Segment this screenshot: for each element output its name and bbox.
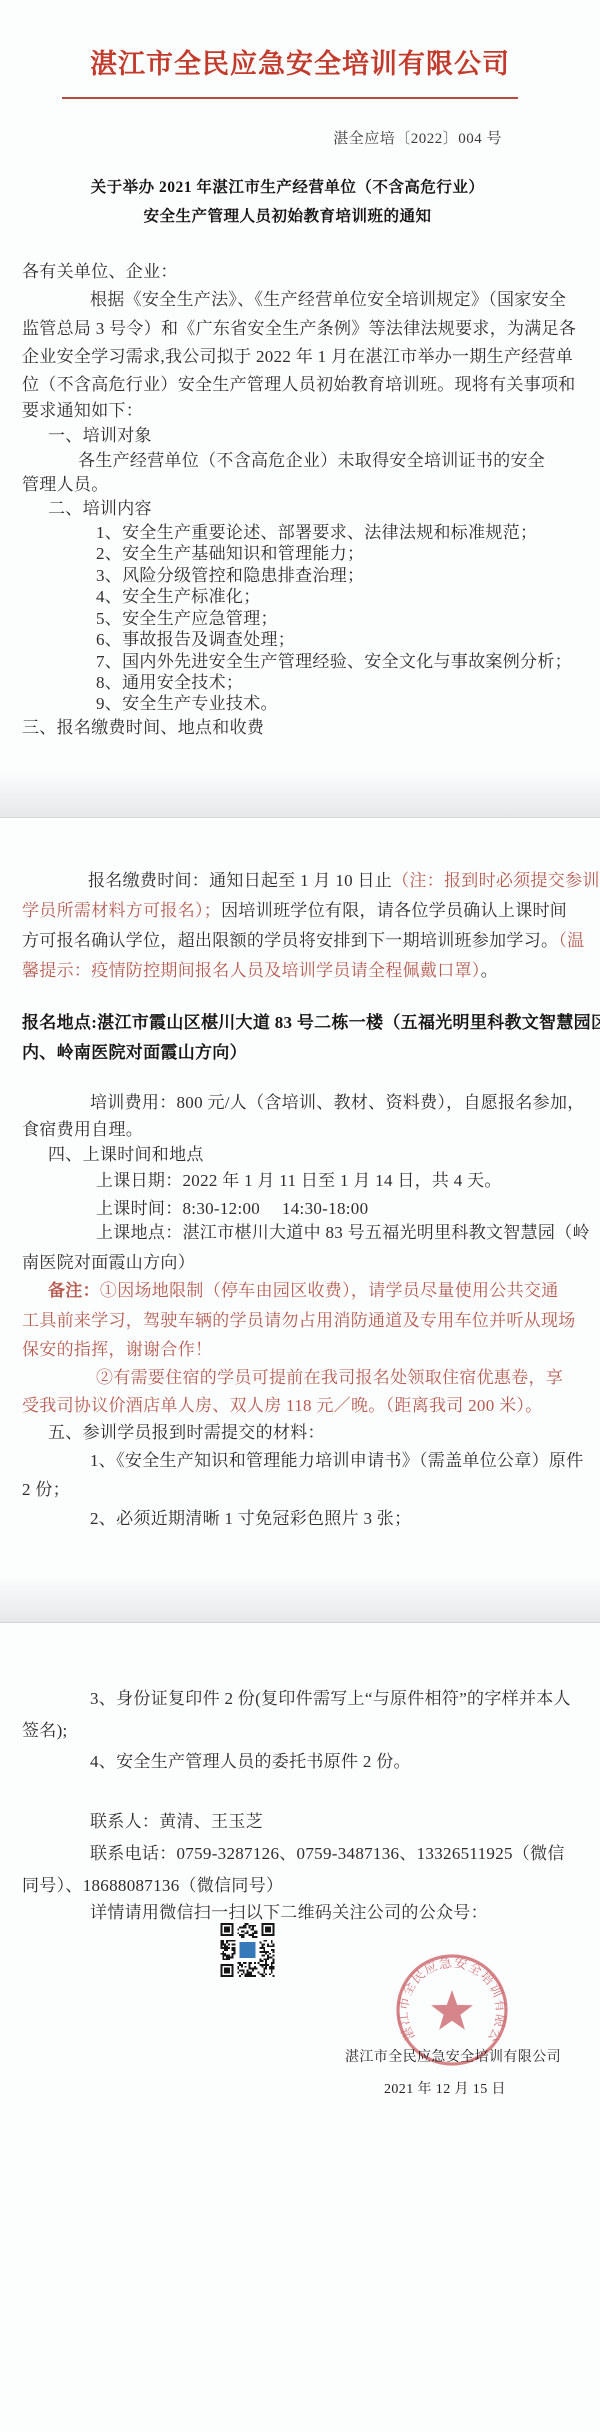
- doc-text-line: 2 份；: [22, 1481, 70, 1500]
- text-segment: 食宿费用自理。: [22, 1120, 143, 1139]
- doc-text-line: 各有关单位、企业：: [22, 263, 178, 282]
- text-segment: 根据《安全生产法》、《生产经营单位安全培训规定》（国家安全: [90, 290, 566, 309]
- doc-text-line: 4、安全生产管理人员的委托书原件 2 份。: [90, 1753, 411, 1772]
- text-segment: 内、岭南医院对面霞山方向）: [22, 1043, 247, 1062]
- text-segment: 要求通知如下：: [22, 401, 143, 420]
- doc-text-line: 馨提示：疫情防控期间报名人员及培训学员请全程佩戴口罩）。: [22, 962, 498, 981]
- text-segment: 报名缴费时间：通知日起至 1 月 10 日止: [88, 871, 392, 890]
- doc-text-line: 三、报名缴费时间、地点和收费: [22, 719, 264, 738]
- doc-text-line: 工具前来学习，驾驶车辆的学员请勿占用消防通道及专用车位并听从现场: [22, 1312, 576, 1331]
- scan-page-break-1: [0, 771, 600, 818]
- text-segment: 3、身份证复印件 2 份(复印件需写上“与原件相符”的字样并本人: [90, 1689, 571, 1708]
- text-segment: 湛江市全民应急安全培训有限公司: [345, 2050, 561, 2065]
- doc-text-line: 管理人员。: [22, 476, 109, 495]
- text-segment: 。: [481, 961, 498, 980]
- text-segment: 培训费用：800 元/人（含培训、教材、资料费），自愿报名参加，: [90, 1093, 585, 1112]
- doc-text-line: 2、必须近期清晰 1 寸免冠彩色照片 3 张；: [90, 1510, 411, 1529]
- doc-text-line: 上课时间：8:30-12:00 14:30-18:00: [96, 1200, 368, 1219]
- doc-text-line: 联系电话：0759-3287126、0759-3487136、133265119…: [90, 1845, 565, 1864]
- text-segment: 5、安全生产应急管理；: [96, 609, 278, 628]
- text-segment: ②有需要住宿的学员可提前在我司报名处领取住宿优惠卷，享: [96, 1368, 563, 1387]
- text-segment: 因培训班学位有限，请各位学员确认上课时间: [221, 901, 567, 920]
- seal-text: 湛江市全民应急安全培训有限公司: [392, 1950, 509, 2046]
- doc-text-line: 要求通知如下：: [22, 402, 143, 421]
- text-segment: 备注：: [48, 1281, 100, 1300]
- doc-text-line: 一、培训对象: [48, 427, 152, 446]
- text-segment: 同号）、18688087136（微信同号）: [22, 1876, 283, 1895]
- doc-text-line: 上课日期：2022 年 1 月 11 日至 1 月 14 日，共 4 天。: [96, 1172, 502, 1191]
- text-segment: 二、培训内容: [48, 499, 152, 518]
- doc-text-line: 3、风险分级管控和隐患排查治理；: [96, 567, 364, 586]
- doc-text-line: 方可报名确认学位，超出限额的学员将安排到下一期培训班参加学习。（温: [22, 932, 584, 951]
- scan-page-break-2: [0, 1576, 600, 1623]
- doc-text-line: 上课地点：湛江市椹川大道中 83 号五福光明里科教文智慧园（岭: [96, 1224, 590, 1243]
- text-segment: 2 份；: [22, 1480, 70, 1499]
- text-segment: 2、安全生产基础知识和管理能力；: [96, 544, 364, 563]
- text-segment: 一、培训对象: [48, 426, 152, 445]
- doc-text-line: 备注：①因场地限制（停车由园区收费），请学员尽量使用公共交通: [48, 1282, 559, 1301]
- text-segment: 2、必须近期清晰 1 寸免冠彩色照片 3 张；: [90, 1509, 411, 1528]
- text-segment: 受我司协议价酒店单人房、双人房 118 元／晚。（距离我司 200 米）。: [22, 1396, 542, 1415]
- doc-text-line: 3、身份证复印件 2 份(复印件需写上“与原件相符”的字样并本人: [90, 1690, 571, 1709]
- text-segment: 3、风险分级管控和隐患排查治理；: [96, 566, 364, 585]
- doc-text-line: 报名缴费时间：通知日起至 1 月 10 日止（注：报到时必须提交参训: [88, 872, 600, 891]
- doc-text-line: 根据《安全生产法》、《生产经营单位安全培训规定》（国家安全: [90, 291, 566, 310]
- doc-text-line: 五、参训学员报到时需提交的材料：: [48, 1424, 325, 1443]
- company-letterhead: 湛江市全民应急安全培训有限公司: [0, 42, 600, 81]
- doc-text-line: 详情请用微信扫一扫以下二维码关注公司的公众号：: [90, 1904, 488, 1923]
- doc-text-line: 同号）、18688087136（微信同号）: [22, 1877, 283, 1896]
- text-segment: 五、参训学员报到时需提交的材料：: [48, 1423, 325, 1442]
- doc-text-line: 1、《安全生产知识和管理能力培训申请书》（需盖单位公章）原件: [90, 1452, 584, 1471]
- doc-text-line: 2、安全生产基础知识和管理能力；: [96, 545, 364, 564]
- text-segment: 位（不含高危行业）安全生产管理人员初始教育培训班。现将有关事项和: [22, 375, 576, 394]
- text-segment: 各有关单位、企业：: [22, 262, 178, 281]
- text-segment: 上课日期：2022 年 1 月 11 日至 1 月 14 日，共 4 天。: [96, 1171, 502, 1190]
- text-segment: 管理人员。: [22, 475, 109, 494]
- text-segment: 1、安全生产重要论述、部署要求、法律法规和标准规范；: [96, 523, 537, 542]
- text-segment: 上课地点：湛江市椹川大道中 83 号五福光明里科教文智慧园（岭: [96, 1223, 590, 1242]
- text-segment: 联系人：黄清、王玉芝: [90, 1812, 263, 1831]
- doc-text-line: 9、安全生产专业技术。: [96, 695, 278, 714]
- text-segment: 7、国内外先进安全生产管理经验、安全文化与事故案例分析；: [96, 652, 572, 671]
- text-segment: 四、上课时间和地点: [48, 1145, 204, 1164]
- doc-text-line: 企业安全学习需求,我公司拟于 2022 年 1 月在湛江市举办一期生产经营单: [22, 348, 573, 367]
- letterhead-divider-rule: [62, 97, 518, 99]
- doc-text-line: 湛江市全民应急安全培训有限公司: [345, 2050, 561, 2065]
- text-segment: 馨提示：疫情防控期间报名人员及培训学员请全程佩戴口罩）: [22, 961, 481, 980]
- doc-text-line: 受我司协议价酒店单人房、双人房 118 元／晚。（距离我司 200 米）。: [22, 1397, 542, 1416]
- doc-text-line: 联系人：黄清、王玉芝: [90, 1813, 263, 1832]
- doc-text-line: 6、事故报告及调查处理；: [96, 631, 295, 650]
- qr-center-logo: [239, 1942, 255, 1958]
- doc-text-line: 2021 年 12 月 15 日: [384, 2082, 506, 2097]
- doc-text-line: 四、上课时间和地点: [48, 1146, 204, 1165]
- doc-text-line: 监管总局 3 号令）和《广东省安全生产条例》等法律法规要求，为满足各: [22, 320, 576, 339]
- text-segment: 保安的指挥，谢谢合作！: [22, 1340, 212, 1359]
- doc-text-line: 二、培训内容: [48, 500, 152, 519]
- text-segment: 9、安全生产专业技术。: [96, 694, 278, 713]
- text-segment: （注：报到时必须提交参训: [392, 871, 600, 890]
- text-segment: 工具前来学习，驾驶车辆的学员请勿占用消防通道及专用车位并听从现场: [22, 1311, 576, 1330]
- seal-ring: [398, 1956, 506, 2064]
- seal-text-path: 湛江市全民应急安全培训有限公司: [392, 1950, 509, 2046]
- text-segment: 8、通用安全技术；: [96, 673, 243, 692]
- document-title-line2: 安全生产管理人员初始教育培训班的通知: [0, 204, 575, 226]
- text-segment: 监管总局 3 号令）和《广东省安全生产条例》等法律法规要求，为满足各: [22, 319, 576, 338]
- wechat-qr-code: [220, 1923, 275, 1977]
- doc-text-line: 7、国内外先进安全生产管理经验、安全文化与事故案例分析；: [96, 653, 572, 672]
- text-segment: （温: [558, 931, 584, 950]
- scanned-notice-document: 湛江市全民应急安全培训有限公司 湛全应培〔2022〕004 号 关于举办 202…: [0, 0, 600, 2432]
- text-segment: 企业安全学习需求,我公司拟于 2022 年 1 月在湛江市举办一期生产经营单: [22, 347, 573, 366]
- text-segment: 三、报名缴费时间、地点和收费: [22, 718, 264, 737]
- doc-text-line: 报名地点:湛江市霞山区椹川大道 83 号二栋一楼（五福光明里科教文智慧园区: [22, 1014, 600, 1033]
- doc-text-line: 内、岭南医院对面霞山方向）: [22, 1044, 247, 1063]
- text-segment: 签名);: [22, 1721, 68, 1740]
- doc-text-line: 1、安全生产重要论述、部署要求、法律法规和标准规范；: [96, 524, 537, 543]
- doc-text-line: 位（不含高危行业）安全生产管理人员初始教育培训班。现将有关事项和: [22, 376, 576, 395]
- text-segment: 4、安全生产标准化；: [96, 587, 261, 606]
- text-segment: 详情请用微信扫一扫以下二维码关注公司的公众号：: [90, 1903, 488, 1922]
- doc-text-line: 保安的指挥，谢谢合作！: [22, 1341, 212, 1360]
- doc-text-line: 8、通用安全技术；: [96, 674, 243, 693]
- doc-text-line: 学员所需材料方可报名）；因培训班学位有限，请各位学员确认上课时间: [22, 902, 567, 921]
- doc-text-line: 4、安全生产标准化；: [96, 588, 261, 607]
- text-segment: 6、事故报告及调查处理；: [96, 630, 295, 649]
- document-title-line1: 关于举办 2021 年湛江市生产经营单位（不含高危行业）: [0, 175, 575, 197]
- doc-text-line: 南医院对面霞山方向）: [22, 1254, 195, 1273]
- text-segment: 1、《安全生产知识和管理能力培训申请书》（需盖单位公章）原件: [90, 1451, 584, 1470]
- text-segment: ①因场地限制（停车由园区收费），请学员尽量使用公共交通: [100, 1281, 559, 1300]
- qr-code-graphic: [220, 1923, 275, 1977]
- text-segment: 2021 年 12 月 15 日: [384, 2082, 506, 2097]
- doc-text-line: 食宿费用自理。: [22, 1121, 143, 1140]
- text-segment: 学员所需材料方可报名）；: [22, 901, 221, 920]
- document-number: 湛全应培〔2022〕004 号: [0, 127, 502, 148]
- doc-text-line: ②有需要住宿的学员可提前在我司报名处领取住宿优惠卷，享: [96, 1369, 563, 1388]
- text-segment: 上课时间：8:30-12:00 14:30-18:00: [96, 1199, 368, 1218]
- text-segment: 联系电话：0759-3287126、0759-3487136、133265119…: [90, 1844, 565, 1863]
- doc-text-line: 签名);: [22, 1722, 68, 1741]
- seal-star-icon: [431, 1990, 473, 2030]
- text-segment: 报名地点:湛江市霞山区椹川大道 83 号二栋一楼（五福光明里科教文智慧园区: [22, 1013, 600, 1032]
- text-segment: 方可报名确认学位，超出限额的学员将安排到下一期培训班参加学习。: [22, 931, 558, 950]
- text-segment: 4、安全生产管理人员的委托书原件 2 份。: [90, 1752, 411, 1771]
- text-segment: 南医院对面霞山方向）: [22, 1253, 195, 1272]
- doc-text-line: 各生产经营单位（不含高危企业）未取得安全培训证书的安全: [78, 452, 545, 471]
- doc-text-line: 5、安全生产应急管理；: [96, 610, 278, 629]
- doc-text-line: 培训费用：800 元/人（含培训、教材、资料费），自愿报名参加，: [90, 1094, 585, 1113]
- text-segment: 各生产经营单位（不含高危企业）未取得安全培训证书的安全: [78, 451, 545, 470]
